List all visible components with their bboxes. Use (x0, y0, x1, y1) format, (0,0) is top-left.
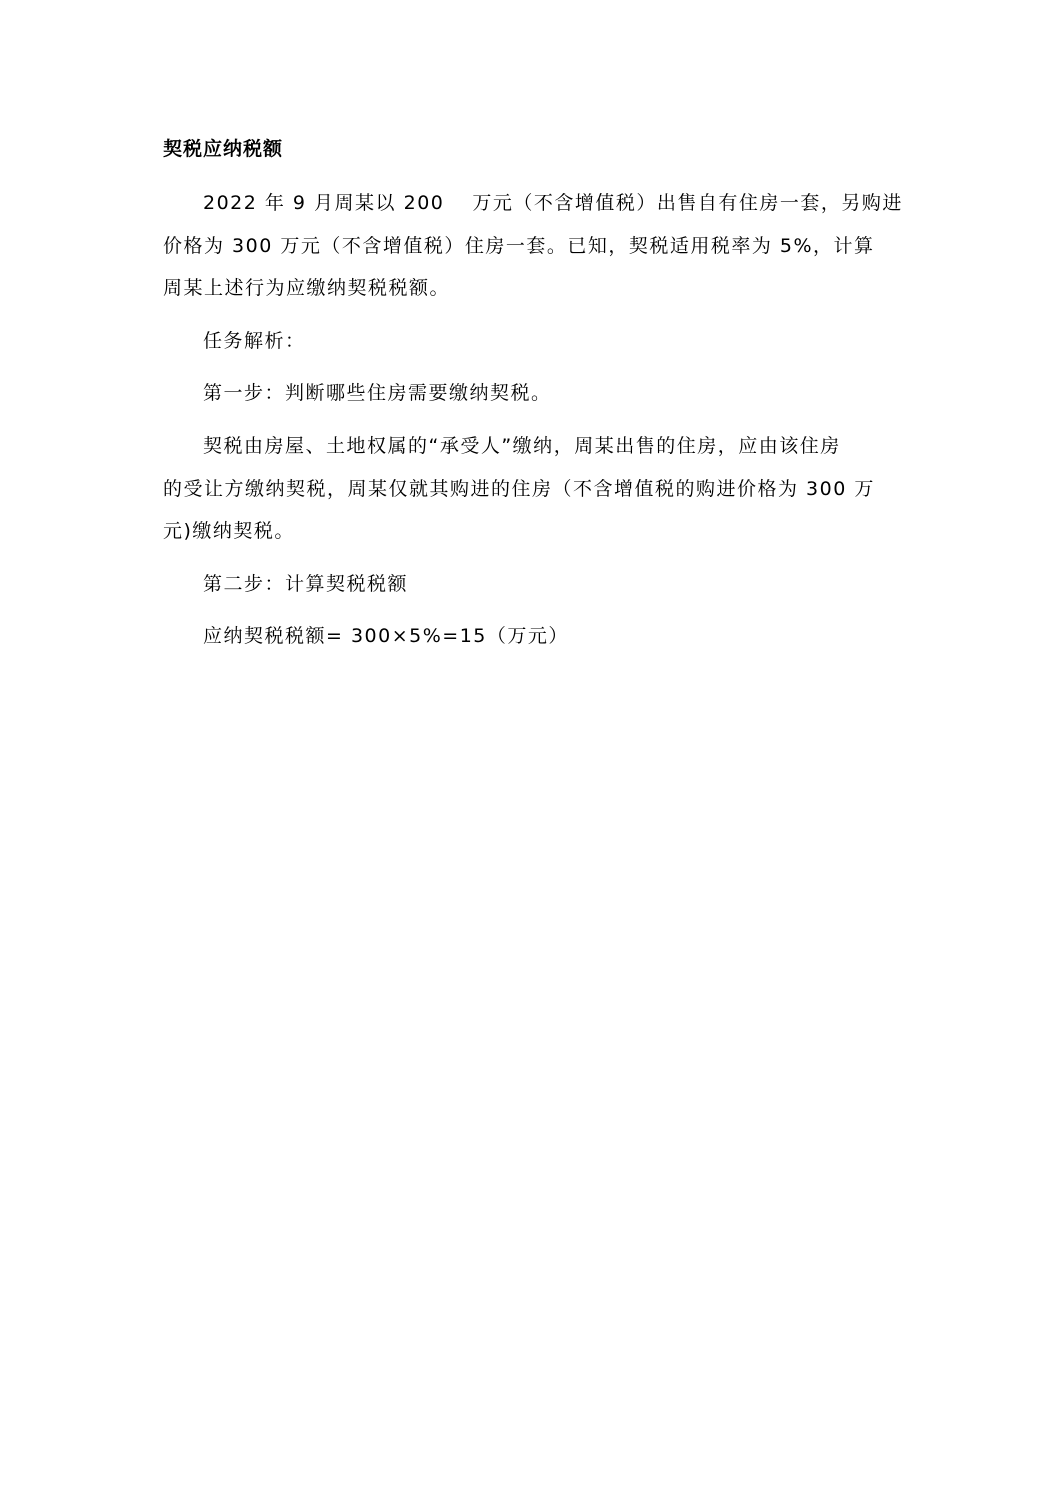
problem-line-3: 周某上述行为应缴纳契税税额。 (163, 276, 450, 300)
step1-explanation-line-2: 的受让方缴纳契税，周某仅就其购进的住房（不含增值税的购进价格为 300 万 (163, 477, 875, 501)
document-page: 契税应纳税额 2022 年 9 月周某以 200 万元（不含增值税）出售自有住房… (0, 0, 1059, 1497)
step1-explanation-line-1: 契税由房屋、土地权属的“承受人”缴纳，周某出售的住房，应由该住房 (203, 434, 841, 458)
step1-heading: 第一步：判断哪些住房需要缴纳契税。 (203, 381, 552, 405)
step1-explanation-line-3: 元)缴纳契税。 (163, 519, 295, 543)
problem-line-2: 价格为 300 万元（不含增值税）住房一套。已知，契税适用税率为 5%，计算 (163, 234, 875, 258)
problem-line-1: 2022 年 9 月周某以 200 万元（不含增值税）出售自有住房一套，另购进 (203, 191, 903, 215)
analysis-label: 任务解析： (203, 329, 306, 353)
step2-heading: 第二步：计算契税税额 (203, 572, 408, 596)
step2-formula: 应纳契税税额= 300×5%=15（万元） (203, 624, 569, 648)
document-title: 契税应纳税额 (163, 137, 283, 161)
